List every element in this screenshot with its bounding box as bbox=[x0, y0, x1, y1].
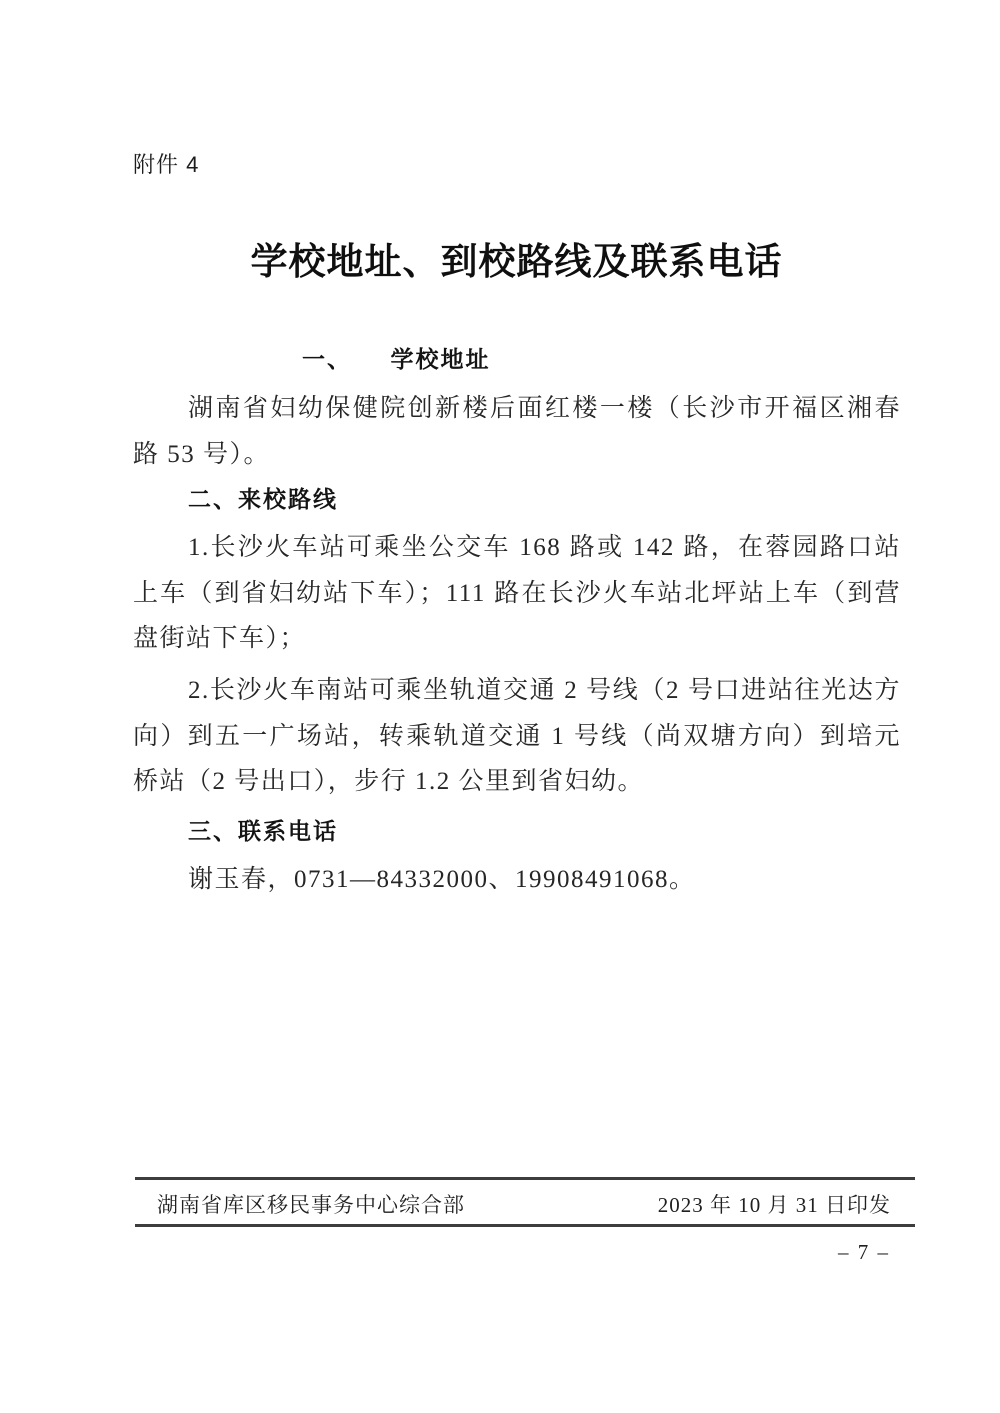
document-page: 附件 4 学校地址、到校路线及联系电话 一、 学校地址 湖南省妇幼保健院创新楼后… bbox=[0, 0, 1000, 1413]
section-heading-contact: 三、联系电话 bbox=[188, 818, 338, 845]
paragraph-route-metro: 2.长沙火车南站可乘坐轨道交通 2 号线（2 号口进站往光达方向）到五一广场站，… bbox=[133, 668, 901, 805]
paragraph-contact-phone: 谢玉春，0731—84332000、19908491068。 bbox=[133, 857, 901, 903]
footer-issuer: 湖南省库区移民事务中心综合部 bbox=[157, 1189, 465, 1219]
footer-rule-bottom bbox=[135, 1224, 915, 1227]
page-number: – 7 – bbox=[133, 1240, 900, 1265]
section-heading-route: 二、来校路线 bbox=[188, 486, 338, 513]
footer-rule-top bbox=[135, 1177, 915, 1180]
footer-print-date: 2023 年 10 月 31 日印发 bbox=[658, 1189, 891, 1219]
document-title: 学校地址、到校路线及联系电话 bbox=[133, 237, 900, 289]
paragraph-school-address: 湖南省妇幼保健院创新楼后面红楼一楼（长沙市开福区湘春路 53 号）。 bbox=[133, 386, 901, 477]
footer-row: 湖南省库区移民事务中心综合部 2023 年 10 月 31 日印发 bbox=[135, 1186, 915, 1222]
paragraph-route-bus: 1.长沙火车站可乘坐公交车 168 路或 142 路，在蓉园路口站上车（到省妇幼… bbox=[133, 525, 901, 662]
attachment-label: 附件 4 bbox=[133, 152, 199, 178]
section-heading-school-address: 一、 学校地址 bbox=[302, 346, 491, 373]
